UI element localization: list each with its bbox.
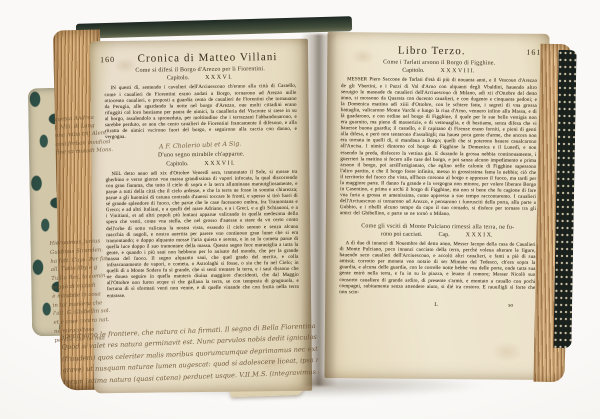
photo-backdrop: 160 Cronica di Matteo Villani Come si di… — [0, 0, 600, 419]
chapter-37-caption: Capitolo. X X X V I I. — [91, 159, 309, 168]
signature-row: L so — [325, 301, 547, 309]
signature-mark: L — [434, 302, 438, 308]
chapter-37-number: X X X V I I. — [204, 160, 234, 166]
chapter-36-number: X X X V I. — [205, 75, 232, 81]
cover-sliver-right — [553, 50, 576, 348]
paragraph-chapter-36: IN questi dì, sentendo i cavalieri dell'… — [104, 84, 297, 141]
marginalia-upper: questa Andreaf. Mili. di Languna milia t… — [54, 112, 130, 157]
chapter-39-title-line2: rono poi cacciati. — [381, 231, 423, 237]
chapter-36-label: Capitolo. — [167, 76, 189, 82]
chapter-38-caption: Capitolo. X X X V I I I. — [327, 67, 549, 75]
chapter-38-label: Capitolo. — [402, 68, 424, 74]
paragraph-chapter-38: MESSER Piero Saccone de Tarlati d'età di… — [340, 78, 537, 220]
right-page-header: Libro Terzo. 161 — [337, 44, 541, 58]
chapter-36-caption: Capitolo. X X X V I. — [90, 74, 308, 83]
chapter-39-label: Cap. — [438, 232, 449, 238]
chapter-39-number: X X X I X. — [466, 232, 493, 238]
chapter-38-number: X X X V I I I. — [440, 68, 474, 74]
left-page-header: 160 Cronica di Matteo Villani — [100, 51, 300, 65]
bottom-annotations: speditiamo le frontiere, che natura ci h… — [61, 321, 319, 388]
right-page: Libro Terzo. 161 Come i Tarlati arsono i… — [324, 32, 549, 380]
page-number-right: 161 — [526, 48, 541, 57]
running-title-right: Libro Terzo. — [337, 44, 526, 58]
page-number-left: 160 — [100, 55, 115, 64]
book-top-edge — [76, 16, 352, 39]
chapter-39-caption: rono poi cacciati. Cap. X X X I X. — [326, 231, 548, 239]
chapter-37-label: Capitolo. — [166, 161, 188, 167]
running-title-left: Cronica di Matteo Villani — [115, 51, 300, 65]
paragraph-chapter-39: A dì due dì innanzi di Nouembre del dett… — [339, 241, 535, 298]
paragraph-chapter-37: NEL detto anno adì xix d'Ottobre Venerdì… — [105, 169, 299, 299]
catchword: so — [508, 302, 513, 308]
